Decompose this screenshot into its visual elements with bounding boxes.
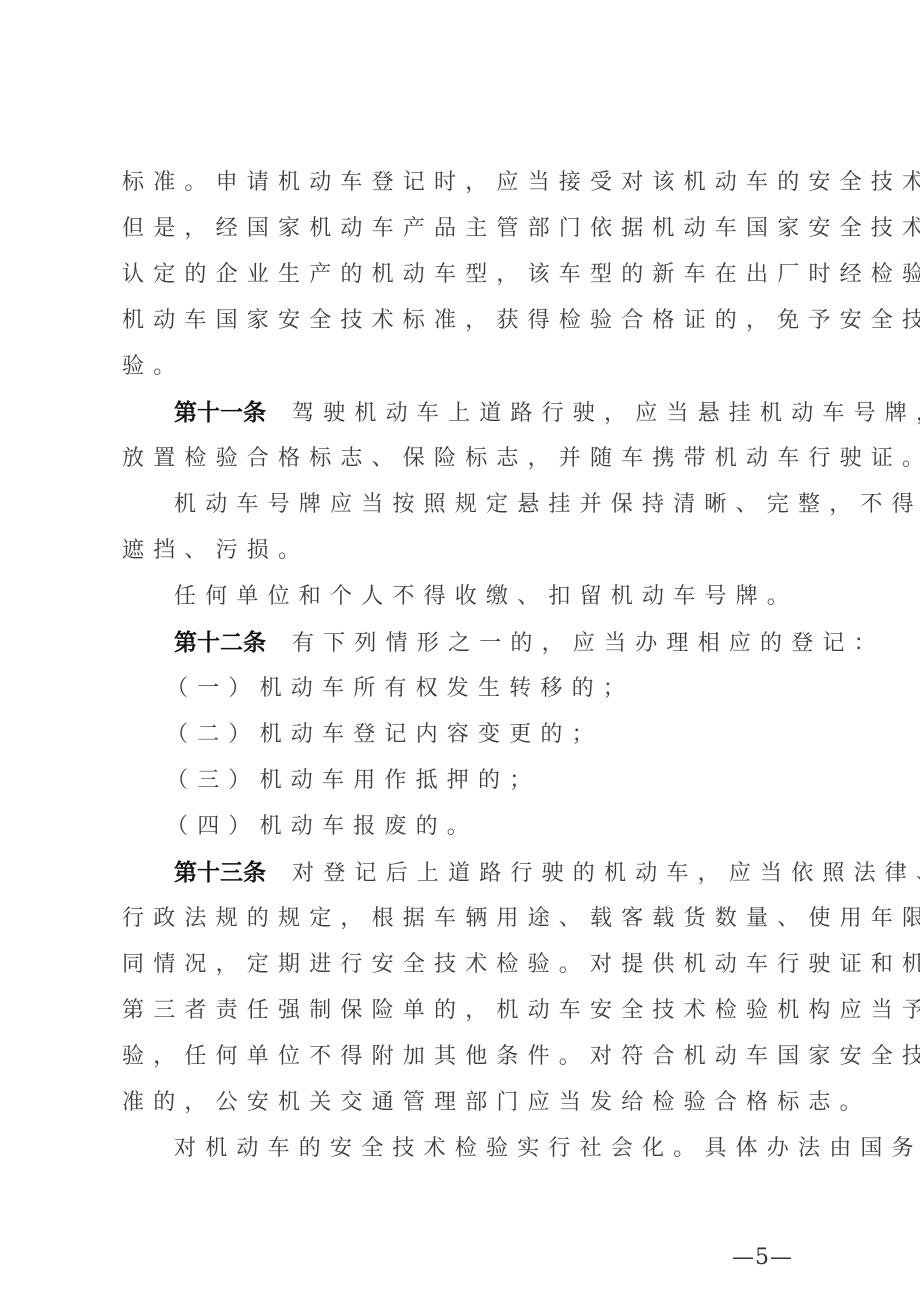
plate-paragraph: 机动车号牌应当按照规定悬挂并保持清晰、完整，不得故意 遮挡、污损。 — [122, 482, 812, 574]
text-line: 机动车号牌应当按照规定悬挂并保持清晰、完整，不得故意 — [122, 482, 812, 528]
page-number: —5— — [732, 1243, 793, 1273]
article-13: 第十三条对登记后上道路行驶的机动车，应当依照法律、 行政法规的规定，根据车辆用途… — [122, 850, 812, 1126]
text-line: 放置检验合格标志、保险标志，并随车携带机动车行驶证。 — [122, 436, 812, 482]
text-line: 认定的企业生产的机动车型，该车型的新车在出厂时经检验符合 — [122, 252, 812, 298]
article-heading: 第十二条 — [174, 630, 266, 656]
text-line: 对机动车的安全技术检验实行社会化。具体办法由国务院规 — [122, 1126, 812, 1172]
article-text: 有下列情形之一的，应当办理相应的登记： — [292, 631, 885, 656]
text-line: 准的，公安机关交通管理部门应当发给检验合格标志。 — [122, 1080, 812, 1126]
article-heading: 第十一条 — [174, 400, 266, 426]
text-line: 验。 — [122, 344, 812, 390]
list-item: （二）机动车登记内容变更的； — [122, 712, 812, 758]
article-12: 第十二条有下列情形之一的，应当办理相应的登记： — [122, 620, 812, 666]
socialization-paragraph: 对机动车的安全技术检验实行社会化。具体办法由国务院规 — [122, 1126, 812, 1172]
article-text: 对登记后上道路行驶的机动车，应当依照法律、 — [292, 861, 920, 886]
document-page: 标准。申请机动车登记时，应当接受对该机动车的安全技术检验。 但是，经国家机动车产… — [0, 0, 920, 1301]
article-first-line: 第十一条驾驶机动车上道路行驶，应当悬挂机动车号牌， — [122, 390, 812, 436]
article-first-line: 第十二条有下列情形之一的，应当办理相应的登记： — [122, 620, 812, 666]
confiscation-paragraph: 任何单位和个人不得收缴、扣留机动车号牌。 — [122, 574, 812, 620]
text-line: 第三者责任强制保险单的，机动车安全技术检验机构应当予以检 — [122, 988, 812, 1034]
text-line: 机动车国家安全技术标准，获得检验合格证的，免予安全技术检 — [122, 298, 812, 344]
text-line: 标准。申请机动车登记时，应当接受对该机动车的安全技术检验。 — [122, 160, 812, 206]
text-line: 但是，经国家机动车产品主管部门依据机动车国家安全技术标准 — [122, 206, 812, 252]
list-item: （一）机动车所有权发生转移的； — [122, 666, 812, 712]
text-line: 任何单位和个人不得收缴、扣留机动车号牌。 — [122, 574, 812, 620]
article-first-line: 第十三条对登记后上道路行驶的机动车，应当依照法律、 — [122, 850, 812, 896]
article-11: 第十一条驾驶机动车上道路行驶，应当悬挂机动车号牌， 放置检验合格标志、保险标志，… — [122, 390, 812, 482]
text-line: 遮挡、污损。 — [122, 528, 812, 574]
article-heading: 第十三条 — [174, 860, 266, 886]
text-line: 同情况，定期进行安全技术检验。对提供机动车行驶证和机动车 — [122, 942, 812, 988]
article-text: 驾驶机动车上道路行驶，应当悬挂机动车号牌， — [292, 401, 920, 426]
document-body: 标准。申请机动车登记时，应当接受对该机动车的安全技术检验。 但是，经国家机动车产… — [122, 160, 812, 1172]
text-line: 验，任何单位不得附加其他条件。对符合机动车国家安全技术标 — [122, 1034, 812, 1080]
registration-cases-list: （一）机动车所有权发生转移的； （二）机动车登记内容变更的； （三）机动车用作抵… — [122, 666, 812, 850]
list-item: （三）机动车用作抵押的； — [122, 758, 812, 804]
text-line: 行政法规的规定，根据车辆用途、载客载货数量、使用年限等不 — [122, 896, 812, 942]
continuation-paragraph: 标准。申请机动车登记时，应当接受对该机动车的安全技术检验。 但是，经国家机动车产… — [122, 160, 812, 390]
list-item: （四）机动车报废的。 — [122, 804, 812, 850]
